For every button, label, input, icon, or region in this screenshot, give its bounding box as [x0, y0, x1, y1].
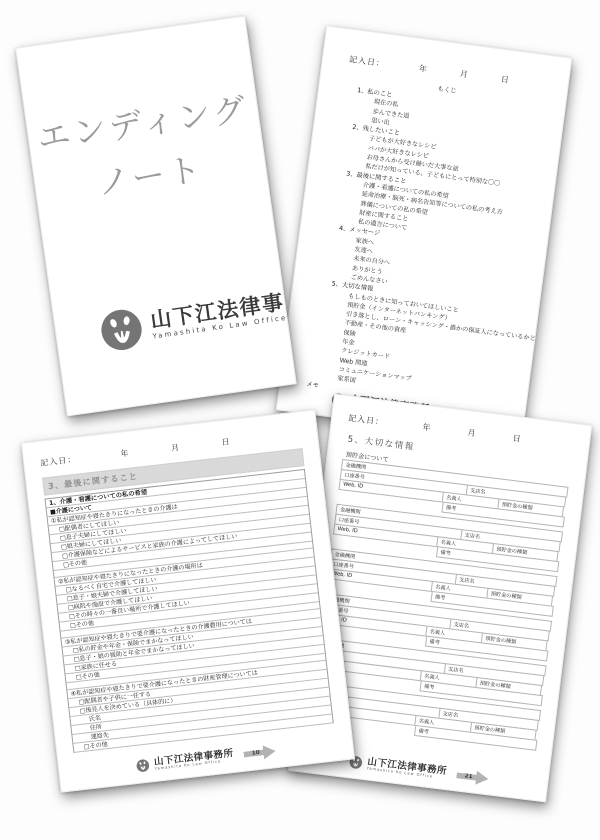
date-label: 記入日：: [40, 454, 77, 469]
month-label: 月: [467, 427, 477, 439]
care-checklist-page: 記入日： 年 月 日 3、最後に関すること 1、介護・看護についての私の希望 ■…: [21, 409, 355, 792]
page-number: 10: [251, 750, 260, 757]
page-number-arrow: 21: [456, 768, 489, 786]
cover-brand: 山下江法律事務所 Yamashita Ko Law Office: [98, 280, 297, 354]
day-label: 日: [512, 433, 522, 445]
toc-page: 記入日： 年 月 日 もくじ 1、私のこと 現在の私 歩んできた道 思い出 2、…: [276, 25, 573, 442]
brand-logo-icon: [136, 759, 150, 773]
year-label: 年: [418, 63, 428, 75]
month-label: 月: [459, 68, 469, 80]
toc-list: 1、私のこと 現在の私 歩んできた道 思い出 2、残したいこと 子どもが大好きな…: [306, 85, 546, 416]
date-label: 記入日：: [348, 54, 385, 70]
day-label: 日: [221, 436, 231, 448]
month-label: 月: [170, 442, 180, 454]
cover-title: エンディング ノート: [26, 82, 268, 219]
day-label: 日: [500, 74, 510, 86]
year-label: 年: [120, 448, 130, 460]
cover-page: エンディング ノート 山下江法律事務所 Yamashita Ko Law Off…: [15, 16, 297, 417]
page-number: 21: [464, 773, 473, 780]
year-label: 年: [422, 422, 432, 434]
page-number-arrow: 10: [243, 744, 276, 762]
date-label: 記入日：: [348, 413, 385, 428]
care-question-table: 1、介護・看護についての私の希望 ■介護について ①私が認知症や寝たきりになった…: [44, 469, 333, 753]
brand-logo-icon: [98, 306, 145, 353]
